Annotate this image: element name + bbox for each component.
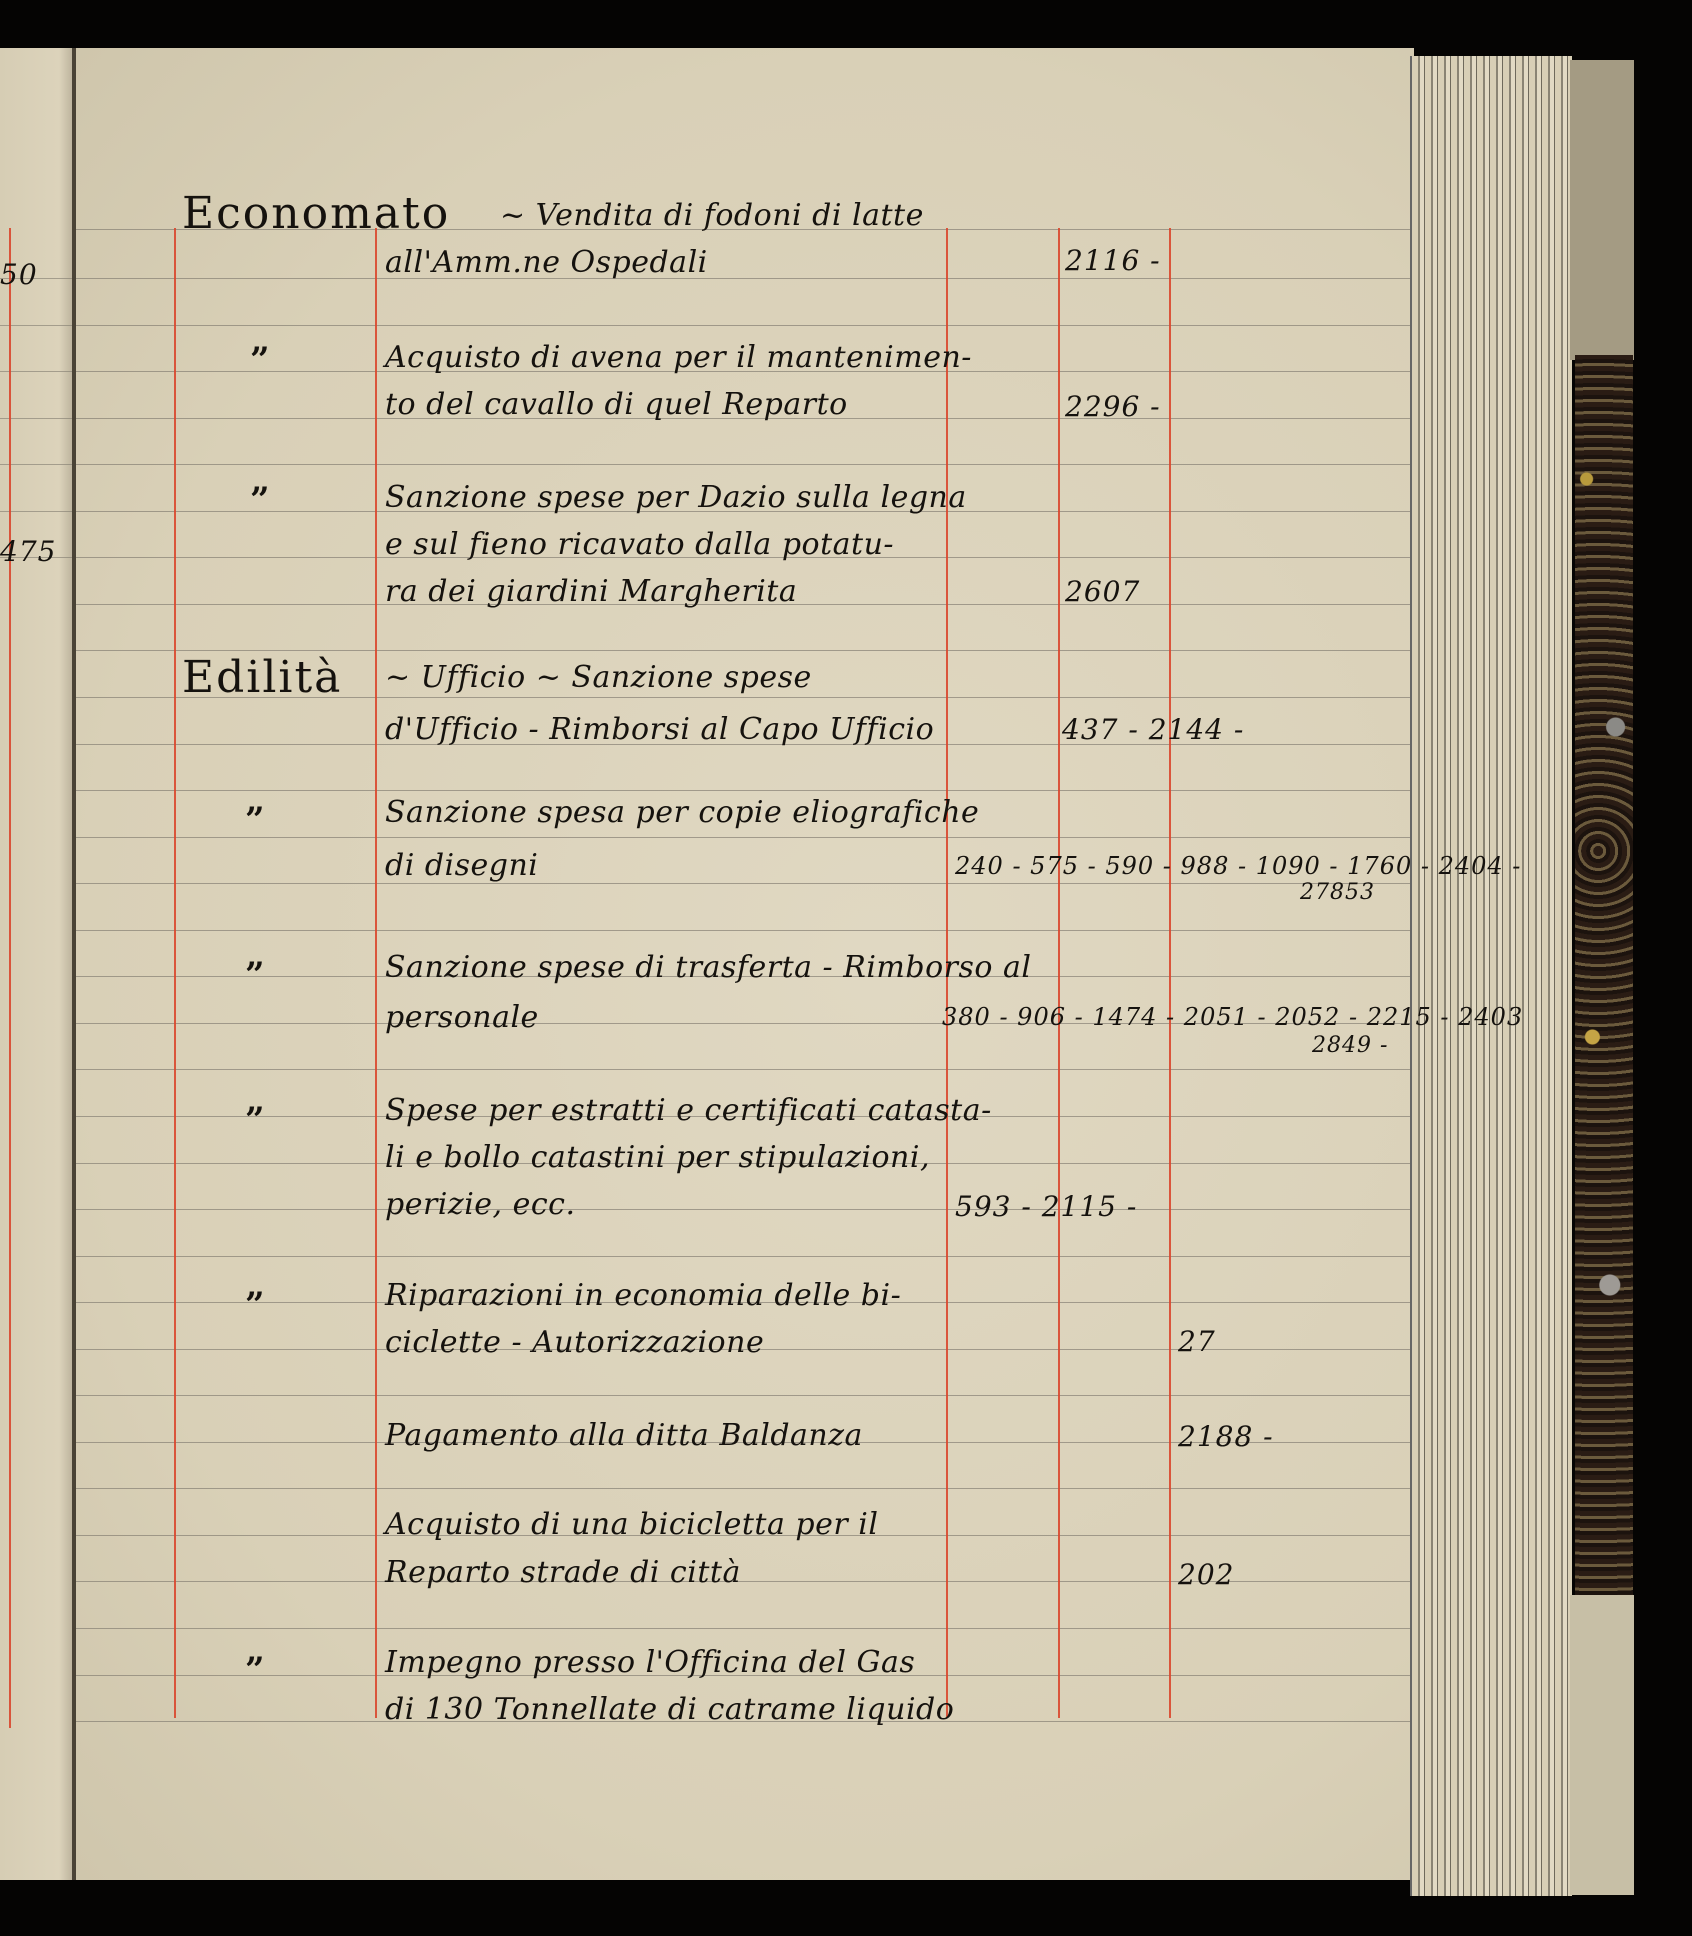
marbled-cover: [1575, 355, 1633, 1595]
entry-line: ra dei giardini Margherita: [385, 574, 797, 609]
ruled-line: [76, 325, 1410, 326]
ditto-mark: ”: [250, 480, 270, 520]
ditto-mark: ”: [245, 1285, 265, 1325]
entry-line: perizie, ecc.: [385, 1187, 576, 1222]
entry-amount: 437 - 2144 -: [1062, 713, 1244, 746]
ditto-mark: ”: [245, 800, 265, 840]
entry-line: all'Amm.ne Ospedali: [385, 245, 708, 280]
entry-amount: 2188 -: [1178, 1420, 1274, 1453]
entry-line: Sanzione spesa per copie eliografiche: [385, 795, 979, 830]
entry-line: Pagamento alla ditta Baldanza: [385, 1418, 863, 1453]
entry-line: ~ Ufficio ~ Sanzione spese: [385, 660, 812, 695]
ruled-line: [76, 930, 1410, 931]
ditto-mark: ”: [245, 1650, 265, 1690]
entry-line: di 130 Tonnellate di catrame liquido: [385, 1692, 954, 1727]
red-column-rule: [375, 228, 377, 1718]
entry-line: di disegni: [385, 848, 538, 883]
left-page-amount: 50: [0, 258, 38, 291]
entry-line: d'Ufficio - Rimborsi al Capo Ufficio: [385, 712, 934, 747]
section-heading-edilita: Edilità: [182, 652, 342, 703]
entry-line: Acquisto di una bicicletta per il: [385, 1507, 878, 1542]
ditto-mark: ”: [245, 1100, 265, 1140]
ruled-line: [76, 1395, 1410, 1396]
entry-line: Sanzione spese di trasferta - Rimborso a…: [385, 950, 1031, 985]
ruled-line: [76, 1209, 1410, 1210]
ruled-line: [76, 1256, 1410, 1257]
red-column-rule: [1169, 228, 1171, 1718]
entry-amounts-cont: 2849 -: [1312, 1033, 1388, 1058]
entry-line: Riparazioni in economia delle bi-: [385, 1278, 901, 1313]
entry-line: Impegno presso l'Officina del Gas: [385, 1645, 915, 1680]
entry-amount: 2116 -: [1065, 244, 1161, 277]
entry-line: Reparto strade di città: [385, 1555, 741, 1590]
left-page-red-margin: [9, 228, 11, 1728]
left-page-amount: 475: [0, 535, 56, 568]
ruled-line: [76, 790, 1410, 791]
cover-corner-bottom: [1570, 1595, 1634, 1895]
entry-amount: 202: [1178, 1558, 1234, 1591]
entry-line: li e bollo catastini per stipulazioni,: [385, 1140, 930, 1175]
ruled-line: [76, 837, 1410, 838]
entry-line: ciclette - Autorizzazione: [385, 1325, 764, 1360]
ruled-line: [76, 883, 1410, 884]
entry-line: e sul fieno ricavato dalla potatu-: [385, 527, 894, 562]
entry-line: ~ Vendita di fodoni di latte: [500, 198, 924, 233]
entry-amounts-cont: 27853: [1300, 880, 1375, 905]
section-heading-economato: Economato: [182, 188, 450, 239]
red-column-rule: [174, 228, 176, 1718]
entry-line: to del cavallo di quel Reparto: [385, 387, 848, 422]
entry-line: personale: [385, 1000, 539, 1035]
ditto-mark: ”: [245, 955, 265, 995]
ruled-line: [76, 464, 1410, 465]
ruled-line: [76, 1488, 1410, 1489]
entry-amount: 2607: [1065, 575, 1140, 608]
red-column-rule: [1058, 228, 1060, 1718]
entry-line: Sanzione spese per Dazio sulla legna: [385, 480, 967, 515]
entry-line: Acquisto di avena per il mantenimen-: [385, 340, 972, 375]
ruled-line: [76, 278, 1410, 279]
ledger-book: 50 475 Economato ~ Vendita di fodoni di …: [0, 0, 1692, 1936]
entry-amounts: 593 - 2115 -: [955, 1190, 1137, 1223]
entry-amounts: 240 - 575 - 590 - 988 - 1090 - 1760 - 24…: [955, 852, 1521, 880]
page-edges-stack: [1410, 56, 1572, 1896]
ruled-line: [76, 1628, 1410, 1629]
cover-corner-top: [1570, 60, 1634, 360]
entry-amount: 2296 -: [1065, 390, 1161, 423]
ditto-mark: ”: [250, 340, 270, 380]
entry-amount: 27: [1178, 1325, 1216, 1358]
left-facing-page: [0, 48, 74, 1880]
entry-amounts: 380 - 906 - 1474 - 2051 - 2052 - 2215 - …: [942, 1003, 1523, 1031]
ruled-line: [76, 650, 1410, 651]
ruled-line: [76, 1069, 1410, 1070]
entry-line: Spese per estratti e certificati catasta…: [385, 1093, 992, 1128]
